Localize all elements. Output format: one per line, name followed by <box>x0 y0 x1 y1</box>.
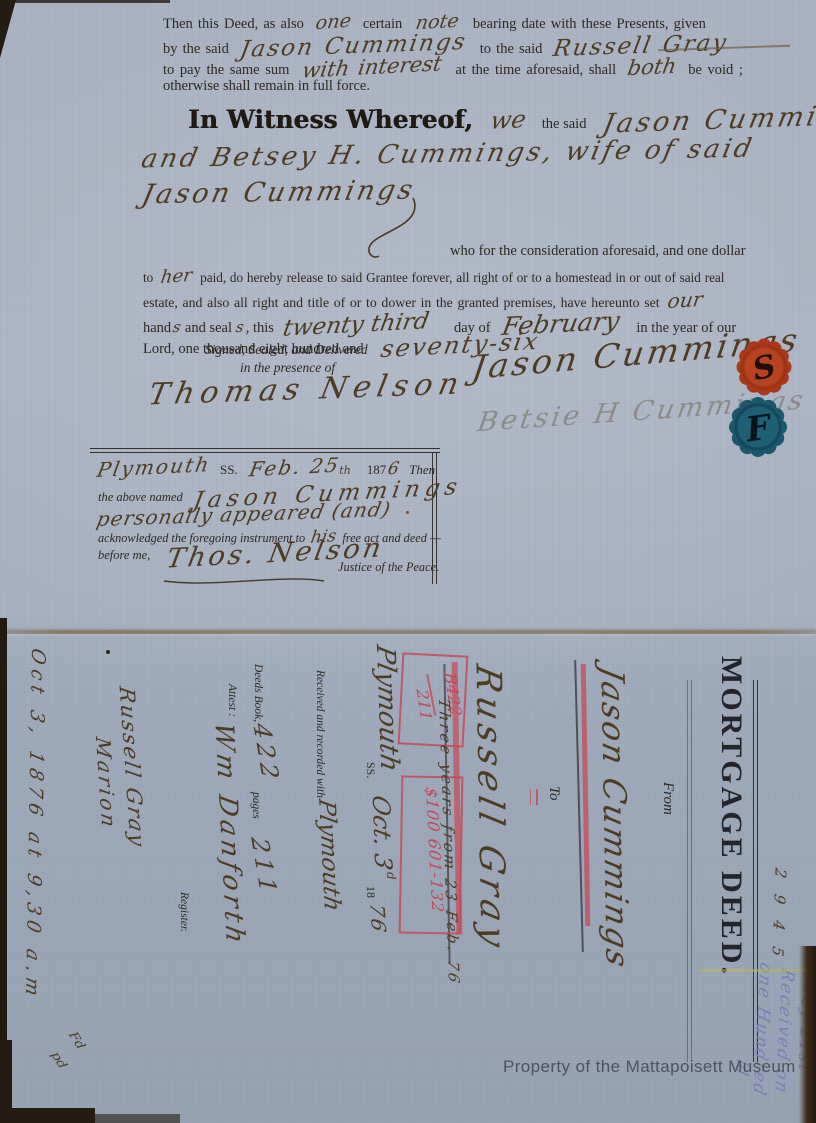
printed-text: to pay the same sum <box>163 62 289 79</box>
margin-note-line2: Received on <box>771 966 798 1097</box>
red-underline <box>581 664 591 926</box>
release-clause-line2: to her paid, do hereby release to said G… <box>143 266 724 287</box>
to-label: To <box>545 786 562 800</box>
printed-text: bearing date with these Presents, given <box>473 16 706 33</box>
acknowledgment-top-rule <box>90 448 440 453</box>
printed-text: otherwise shall remain in full force. <box>163 78 370 95</box>
recorded-with-county: Plymouth <box>313 797 345 913</box>
pen-flourish-descender <box>345 192 425 264</box>
register-signature: Wm Danforth <box>208 720 250 949</box>
attest-label: Attest : <box>226 684 238 717</box>
printed-text: paid, do hereby release to said Grantee … <box>200 270 724 286</box>
handwritten-year-digit: 6 <box>387 459 401 480</box>
witness-clause-line1: In Witness Whereof, we the said Jason Cu… <box>188 104 816 135</box>
docket-grantee-name: Russell Gray <box>468 661 513 955</box>
pages-label: pages <box>250 792 262 819</box>
book-number: 422 <box>247 723 285 783</box>
museum-watermark: Property of the Mattapoisett Museum <box>503 1057 796 1077</box>
recording-stamp-box: B422 211 <box>398 652 469 747</box>
recording-date: Oct. 3 <box>367 793 398 872</box>
scan-edge-right <box>799 946 816 1123</box>
grantee-address-town: Marion <box>91 735 121 831</box>
red-dash-mark <box>530 789 538 805</box>
printed-named-label: the above named <box>98 490 183 505</box>
release-clause-line1: who for the consideration aforesaid, and… <box>450 243 746 260</box>
small-ink-mark: Fd <box>65 1029 87 1051</box>
deed-scan-page: Then this Deed, as also one certain note… <box>0 0 816 1123</box>
docket-title: MORTGAGE DEED. <box>714 656 748 977</box>
received-recorded-label: Received and recorded with <box>314 670 326 798</box>
recording-ss: SS. <box>363 762 378 778</box>
fold-crease <box>0 630 816 634</box>
small-ink-mark: pd <box>48 1049 70 1071</box>
printed-text: at the time aforesaid, shall <box>456 62 617 79</box>
docket-grantor-name: Jason Cummings <box>593 663 636 972</box>
filing-time-note: Oct 3, 1876 at 9,30 a.m <box>21 646 49 1003</box>
recording-date-suffix: d <box>384 872 398 880</box>
deed-clause-line3: to pay the same sum with interest at the… <box>163 55 743 79</box>
ink-speck <box>406 511 409 514</box>
page-number: 211 <box>245 837 283 897</box>
printed-text: to <box>143 270 153 286</box>
printed-ss: SS. <box>220 462 238 478</box>
acknowledgment-line1: Plymouth SS. Feb. 25 th 187 6 Then <box>98 455 435 479</box>
handwritten-both: both <box>626 54 678 80</box>
recording-year-written: 76 <box>365 902 391 936</box>
stamp-page-number: 211 <box>413 689 436 721</box>
handwritten-we: we <box>489 105 529 135</box>
handwritten-date-suffix: th <box>339 464 351 477</box>
printed-before-me: before me, <box>98 548 150 563</box>
attestation-line1: Signed, Sealed, and Delivered <box>205 342 368 358</box>
printed-text: who for the consideration aforesaid, and… <box>450 243 746 260</box>
handwritten-her: her <box>160 265 194 288</box>
scan-edge-top <box>0 0 170 3</box>
register-label: Register. <box>178 892 190 932</box>
handwritten-county: Plymouth <box>95 452 212 482</box>
docket-panel: 2 9 4 5 MORTGAGE DEED. From Jason Cummin… <box>0 640 816 1123</box>
recording-year-printed: 18 <box>363 886 378 898</box>
from-label: From <box>659 782 676 815</box>
deed-clause-line4: otherwise shall remain in full force. <box>163 78 370 95</box>
handwritten-one: one <box>314 10 352 34</box>
handwritten-date: Feb. 25 <box>247 453 342 482</box>
deeds-book-label: Deeds Book, <box>252 664 264 722</box>
printed-text: be void ; <box>688 62 743 79</box>
printed-text: the said <box>542 116 587 133</box>
recording-county: Plymouth <box>370 643 404 775</box>
printed-text: Then this Deed, as also <box>163 16 304 33</box>
scan-edge-bottom <box>60 1114 180 1123</box>
blackletter-heading: In Witness Whereof, <box>188 105 473 134</box>
signature-flourish <box>160 572 330 588</box>
justice-title: Justice of the Peace. <box>338 560 439 575</box>
red-wax-seal: S <box>736 338 792 396</box>
printed-year: 187 <box>367 462 387 478</box>
docket-title-rule-bottom <box>687 680 692 1062</box>
folio-number: 2 9 4 5 <box>768 866 789 964</box>
blue-wax-seal: F <box>728 396 788 458</box>
printed-text: certain <box>363 16 402 33</box>
